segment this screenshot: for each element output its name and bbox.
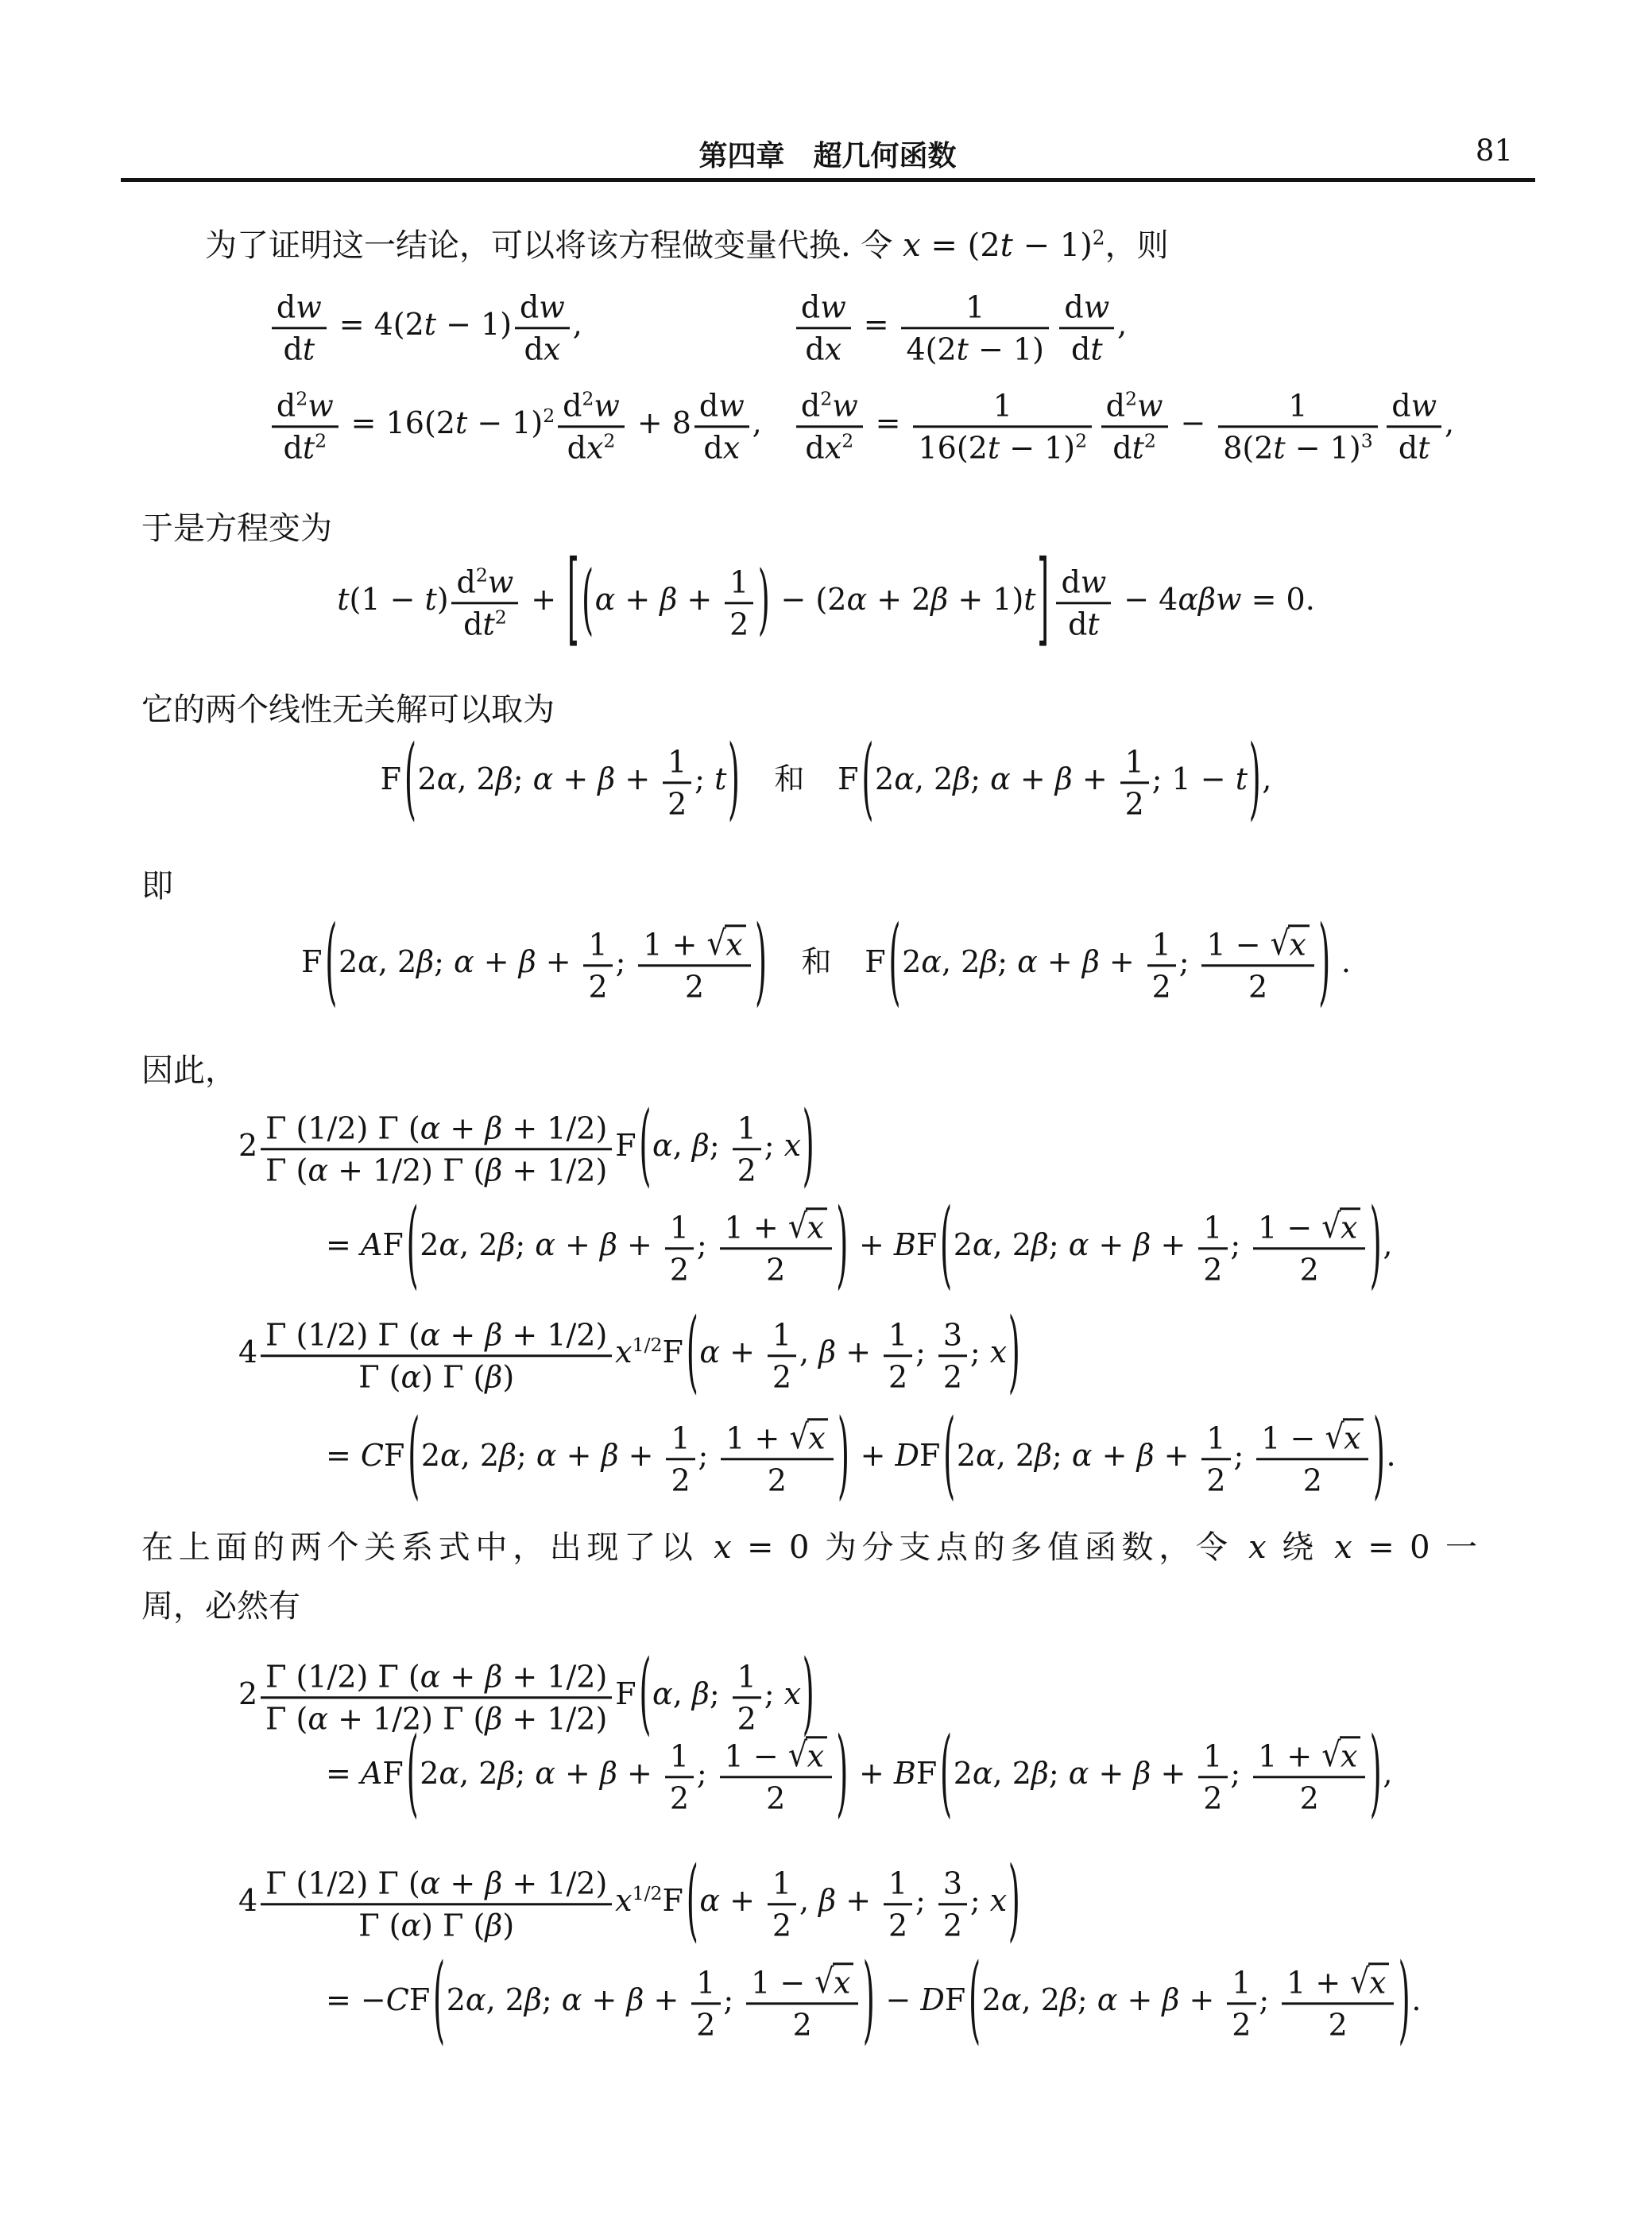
eq-transformed: t(1 − t)d2wdt2 + [(α + β + 12) − (2α + 2… — [337, 582, 1315, 617]
eq-d2wdx2: d2wdx2 = 116(2t − 1)2d2wdt2 − 18(2t − 1)… — [793, 386, 1454, 465]
para-branch-line2: 周，必然有 — [141, 1577, 1477, 1636]
para-therefore: 因此， — [141, 1041, 1477, 1100]
eq-relation1-line1: 2Γ (1/2) Γ (α + β + 1/2)Γ (α + 1/2) Γ (β… — [238, 1109, 815, 1187]
para-intro: 为了证明这一结论，可以将该方程做变量代换. 令 x = (2t − 1)2，则 — [141, 216, 1477, 275]
eq-relation4-line1: 4Γ (1/2) Γ (α + β + 1/2)Γ (α) Γ (β)x1/2F… — [238, 1864, 1021, 1943]
chapter-number: 第四章 — [698, 134, 784, 174]
page: 第四章 超几何函数 81 为了证明这一结论，可以将该方程做变量代换. 令 x =… — [0, 0, 1652, 2216]
para-namely: 即 — [141, 857, 1477, 916]
eq-relation2-line2: = CF(2α, 2β; α + β + 12; 1 + √x2) + DF(2… — [326, 1419, 1396, 1497]
eq-derivatives-row1: dwdt = 4(2t − 1)dwdx, dwdx = 14(2t − 1)d… — [141, 288, 1511, 383]
eq-dwdx: dwdx = 14(2t − 1)dwdt, — [793, 288, 1127, 366]
eq-relation4-line2: = −CF(2α, 2β; α + β + 12; 1 − √x2) − DF(… — [326, 1963, 1421, 2042]
eq-relation1-line2: = AF(2α, 2β; α + β + 12; 1 + √x2) + BF(2… — [326, 1208, 1392, 1287]
chapter-title: 超几何函数 — [814, 134, 957, 174]
page-number: 81 — [1476, 134, 1513, 168]
heading-gap — [785, 134, 814, 174]
eq-relation3-line1: 2Γ (1/2) Γ (α + β + 1/2)Γ (α + 1/2) Γ (β… — [238, 1657, 815, 1736]
header-divider — [121, 178, 1535, 182]
eq-d2wdt2: d2wdt2 = 16(2t − 1)2d2wdx2 + 8dwdx, — [269, 386, 762, 465]
eq-derivatives-row2: d2wdt2 = 16(2t − 1)2d2wdx2 + 8dwdx, d2wd… — [141, 386, 1511, 482]
para-branch-line1: 在上面的两个关系式中，出现了以 x = 0 为分支点的多值函数，令 x 绕 x … — [141, 1518, 1477, 1577]
eq-solutions-t-wrap: F(2α, 2β; α + β + 12; t)和F(2α, 2β; α + β… — [141, 742, 1511, 821]
eq-transformed-wrap: t(1 − t)d2wdt2 + [(α + β + 12) − (2α + 2… — [141, 563, 1511, 641]
eq-solutions-x-wrap: F(2α, 2β; α + β + 12; 1 + √x2)和F(2α, 2β;… — [141, 925, 1511, 1004]
eq-solutions-t: F(2α, 2β; α + β + 12; t)和F(2α, 2β; α + β… — [381, 761, 1272, 796]
eq-solutions-x: F(2α, 2β; α + β + 12; 1 + √x2)和F(2α, 2β;… — [301, 944, 1351, 979]
para-solutions: 它的两个线性无关解可以取为 — [141, 680, 1477, 739]
page-header: 第四章 超几何函数 — [123, 134, 1532, 174]
eq-relation3-line2: = AF(2α, 2β; α + β + 12; 1 − √x2) + BF(2… — [326, 1737, 1392, 1815]
chapter-heading: 第四章 超几何函数 — [698, 134, 956, 174]
eq-relation2-line1: 4Γ (1/2) Γ (α + β + 1/2)Γ (α) Γ (β)x1/2F… — [238, 1315, 1021, 1394]
para-equation-becomes: 于是方程变为 — [141, 499, 1477, 558]
eq-dwdt: dwdt = 4(2t − 1)dwdx, — [269, 288, 582, 366]
